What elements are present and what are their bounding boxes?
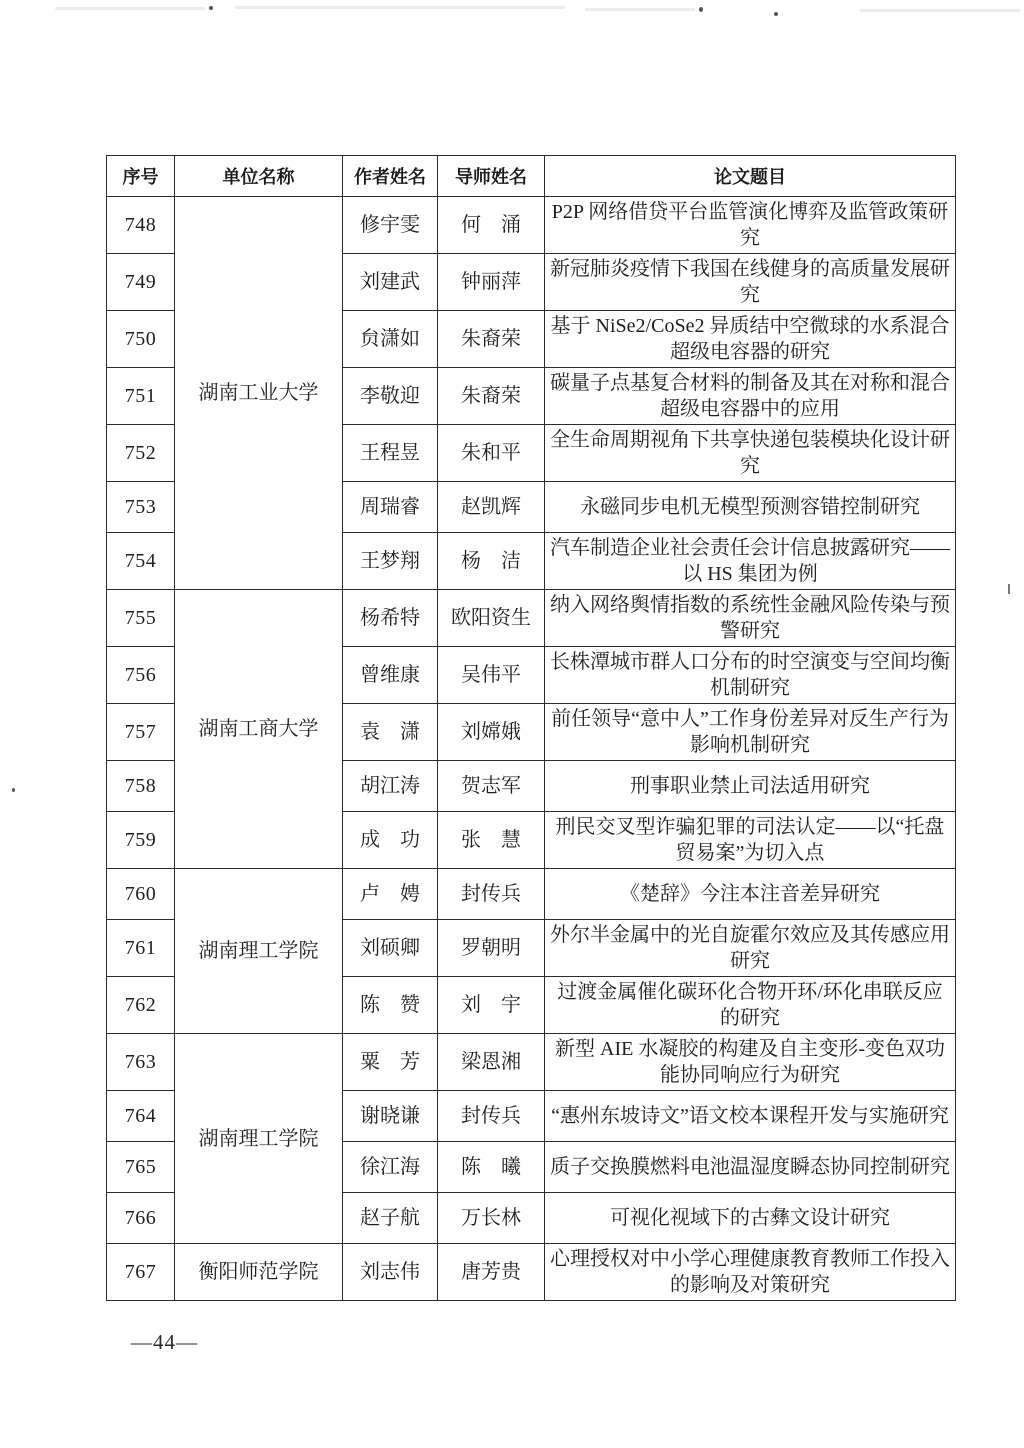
- seq-cell: 752: [107, 425, 175, 482]
- table-row: 748湖南工业大学修宇雯何 涌P2P 网络借贷平台监管演化博弈及监管政策研究: [107, 197, 956, 254]
- seq-cell: 756: [107, 647, 175, 704]
- title-cell: 过渡金属催化碳环化合物开环/环化串联反应的研究: [545, 977, 956, 1034]
- advisor-cell: 万长林: [438, 1193, 545, 1244]
- header-unit: 单位名称: [175, 156, 343, 197]
- document-page: 序号 单位名称 作者姓名 导师姓名 论文题目 748湖南工业大学修宇雯何 涌P2…: [0, 0, 1024, 1448]
- unit-cell: 湖南工业大学: [175, 197, 343, 590]
- scan-dot: [12, 788, 15, 792]
- seq-cell: 765: [107, 1142, 175, 1193]
- seq-cell: 748: [107, 197, 175, 254]
- table-row: 767衡阳师范学院刘志伟唐芳贵心理授权对中小学心理健康教育教师工作投入的影响及对…: [107, 1244, 956, 1301]
- seq-cell: 766: [107, 1193, 175, 1244]
- author-cell: 赵子航: [343, 1193, 438, 1244]
- author-cell: 刘志伟: [343, 1244, 438, 1301]
- author-cell: 修宇雯: [343, 197, 438, 254]
- author-cell: 卢 娉: [343, 869, 438, 920]
- title-cell: 刑事职业禁止司法适用研究: [545, 761, 956, 812]
- author-cell: 徐江海: [343, 1142, 438, 1193]
- seq-cell: 755: [107, 590, 175, 647]
- thesis-table-body: 748湖南工业大学修宇雯何 涌P2P 网络借贷平台监管演化博弈及监管政策研究74…: [107, 197, 956, 1301]
- author-cell: 胡江涛: [343, 761, 438, 812]
- advisor-cell: 朱裔荣: [438, 368, 545, 425]
- advisor-cell: 贺志军: [438, 761, 545, 812]
- seq-cell: 754: [107, 533, 175, 590]
- author-cell: 成 功: [343, 812, 438, 869]
- scan-dot: [209, 6, 213, 10]
- seq-cell: 757: [107, 704, 175, 761]
- advisor-cell: 唐芳贵: [438, 1244, 545, 1301]
- advisor-cell: 封传兵: [438, 869, 545, 920]
- seq-cell: 760: [107, 869, 175, 920]
- advisor-cell: 刘嫦娥: [438, 704, 545, 761]
- scan-dot: [774, 12, 778, 16]
- scan-streak: [235, 6, 565, 9]
- scan-streak: [55, 7, 205, 10]
- seq-cell: 761: [107, 920, 175, 977]
- seq-cell: 767: [107, 1244, 175, 1301]
- seq-cell: 763: [107, 1034, 175, 1091]
- seq-cell: 753: [107, 482, 175, 533]
- seq-cell: 759: [107, 812, 175, 869]
- author-cell: 周瑞睿: [343, 482, 438, 533]
- thesis-table: 序号 单位名称 作者姓名 导师姓名 论文题目 748湖南工业大学修宇雯何 涌P2…: [106, 155, 956, 1301]
- title-cell: 外尔半金属中的光自旋霍尔效应及其传感应用研究: [545, 920, 956, 977]
- seq-cell: 762: [107, 977, 175, 1034]
- author-cell: 王程昱: [343, 425, 438, 482]
- unit-cell: 衡阳师范学院: [175, 1244, 343, 1301]
- header-advisor: 导师姓名: [438, 156, 545, 197]
- title-cell: 基于 NiSe2/CoSe2 异质结中空微球的水系混合超级电容器的研究: [545, 311, 956, 368]
- unit-cell: 湖南工商大学: [175, 590, 343, 869]
- advisor-cell: 罗朝明: [438, 920, 545, 977]
- table-row: 755湖南工商大学杨希特欧阳资生纳入网络舆情指数的系统性金融风险传染与预警研究: [107, 590, 956, 647]
- title-cell: 永磁同步电机无模型预测容错控制研究: [545, 482, 956, 533]
- header-author: 作者姓名: [343, 156, 438, 197]
- title-cell: 新冠肺炎疫情下我国在线健身的高质量发展研究: [545, 254, 956, 311]
- advisor-cell: 梁恩湘: [438, 1034, 545, 1091]
- title-cell: 前任领导“意中人”工作身份差异对反生产行为影响机制研究: [545, 704, 956, 761]
- author-cell: 刘建武: [343, 254, 438, 311]
- author-cell: 李敬迎: [343, 368, 438, 425]
- scan-streak: [860, 9, 1020, 12]
- seq-cell: 750: [107, 311, 175, 368]
- author-cell: 贠潇如: [343, 311, 438, 368]
- title-cell: P2P 网络借贷平台监管演化博弈及监管政策研究: [545, 197, 956, 254]
- author-cell: 谢晓谦: [343, 1091, 438, 1142]
- unit-cell: 湖南理工学院: [175, 869, 343, 1034]
- advisor-cell: 刘 宇: [438, 977, 545, 1034]
- table-header-row: 序号 单位名称 作者姓名 导师姓名 论文题目: [107, 156, 956, 197]
- title-cell: 质子交换膜燃料电池温湿度瞬态协同控制研究: [545, 1142, 956, 1193]
- seq-cell: 751: [107, 368, 175, 425]
- scan-dot: [699, 7, 703, 12]
- advisor-cell: 杨 洁: [438, 533, 545, 590]
- title-cell: 纳入网络舆情指数的系统性金融风险传染与预警研究: [545, 590, 956, 647]
- advisor-cell: 陈 曦: [438, 1142, 545, 1193]
- title-cell: 新型 AIE 水凝胶的构建及自主变形-变色双功能协同响应行为研究: [545, 1034, 956, 1091]
- advisor-cell: 朱和平: [438, 425, 545, 482]
- author-cell: 王梦翔: [343, 533, 438, 590]
- table-row: 760湖南理工学院卢 娉封传兵《楚辞》今注本注音差异研究: [107, 869, 956, 920]
- advisor-cell: 吴伟平: [438, 647, 545, 704]
- seq-cell: 749: [107, 254, 175, 311]
- title-cell: 长株潭城市群人口分布的时空演变与空间均衡机制研究: [545, 647, 956, 704]
- title-cell: 《楚辞》今注本注音差异研究: [545, 869, 956, 920]
- author-cell: 袁 潇: [343, 704, 438, 761]
- title-cell: 汽车制造企业社会责任会计信息披露研究——以 HS 集团为例: [545, 533, 956, 590]
- author-cell: 曾维康: [343, 647, 438, 704]
- scan-tick: [1008, 584, 1010, 594]
- seq-cell: 764: [107, 1091, 175, 1142]
- table-row: 763湖南理工学院粟 芳梁恩湘新型 AIE 水凝胶的构建及自主变形-变色双功能协…: [107, 1034, 956, 1091]
- title-cell: 可视化视域下的古彝文设计研究: [545, 1193, 956, 1244]
- header-title: 论文题目: [545, 156, 956, 197]
- advisor-cell: 欧阳资生: [438, 590, 545, 647]
- title-cell: “惠州东坡诗文”语文校本课程开发与实施研究: [545, 1091, 956, 1142]
- seq-cell: 758: [107, 761, 175, 812]
- author-cell: 粟 芳: [343, 1034, 438, 1091]
- advisor-cell: 朱裔荣: [438, 311, 545, 368]
- title-cell: 心理授权对中小学心理健康教育教师工作投入的影响及对策研究: [545, 1244, 956, 1301]
- title-cell: 全生命周期视角下共享快递包装模块化设计研究: [545, 425, 956, 482]
- advisor-cell: 何 涌: [438, 197, 545, 254]
- advisor-cell: 钟丽萍: [438, 254, 545, 311]
- header-seq: 序号: [107, 156, 175, 197]
- author-cell: 杨希特: [343, 590, 438, 647]
- advisor-cell: 封传兵: [438, 1091, 545, 1142]
- title-cell: 碳量子点基复合材料的制备及其在对称和混合超级电容器中的应用: [545, 368, 956, 425]
- page-number: —44—: [131, 1330, 198, 1355]
- title-cell: 刑民交叉型诈骗犯罪的司法认定——以“托盘贸易案”为切入点: [545, 812, 956, 869]
- scan-streak: [585, 8, 695, 11]
- advisor-cell: 张 慧: [438, 812, 545, 869]
- unit-cell: 湖南理工学院: [175, 1034, 343, 1244]
- author-cell: 陈 赞: [343, 977, 438, 1034]
- author-cell: 刘硕卿: [343, 920, 438, 977]
- advisor-cell: 赵凯辉: [438, 482, 545, 533]
